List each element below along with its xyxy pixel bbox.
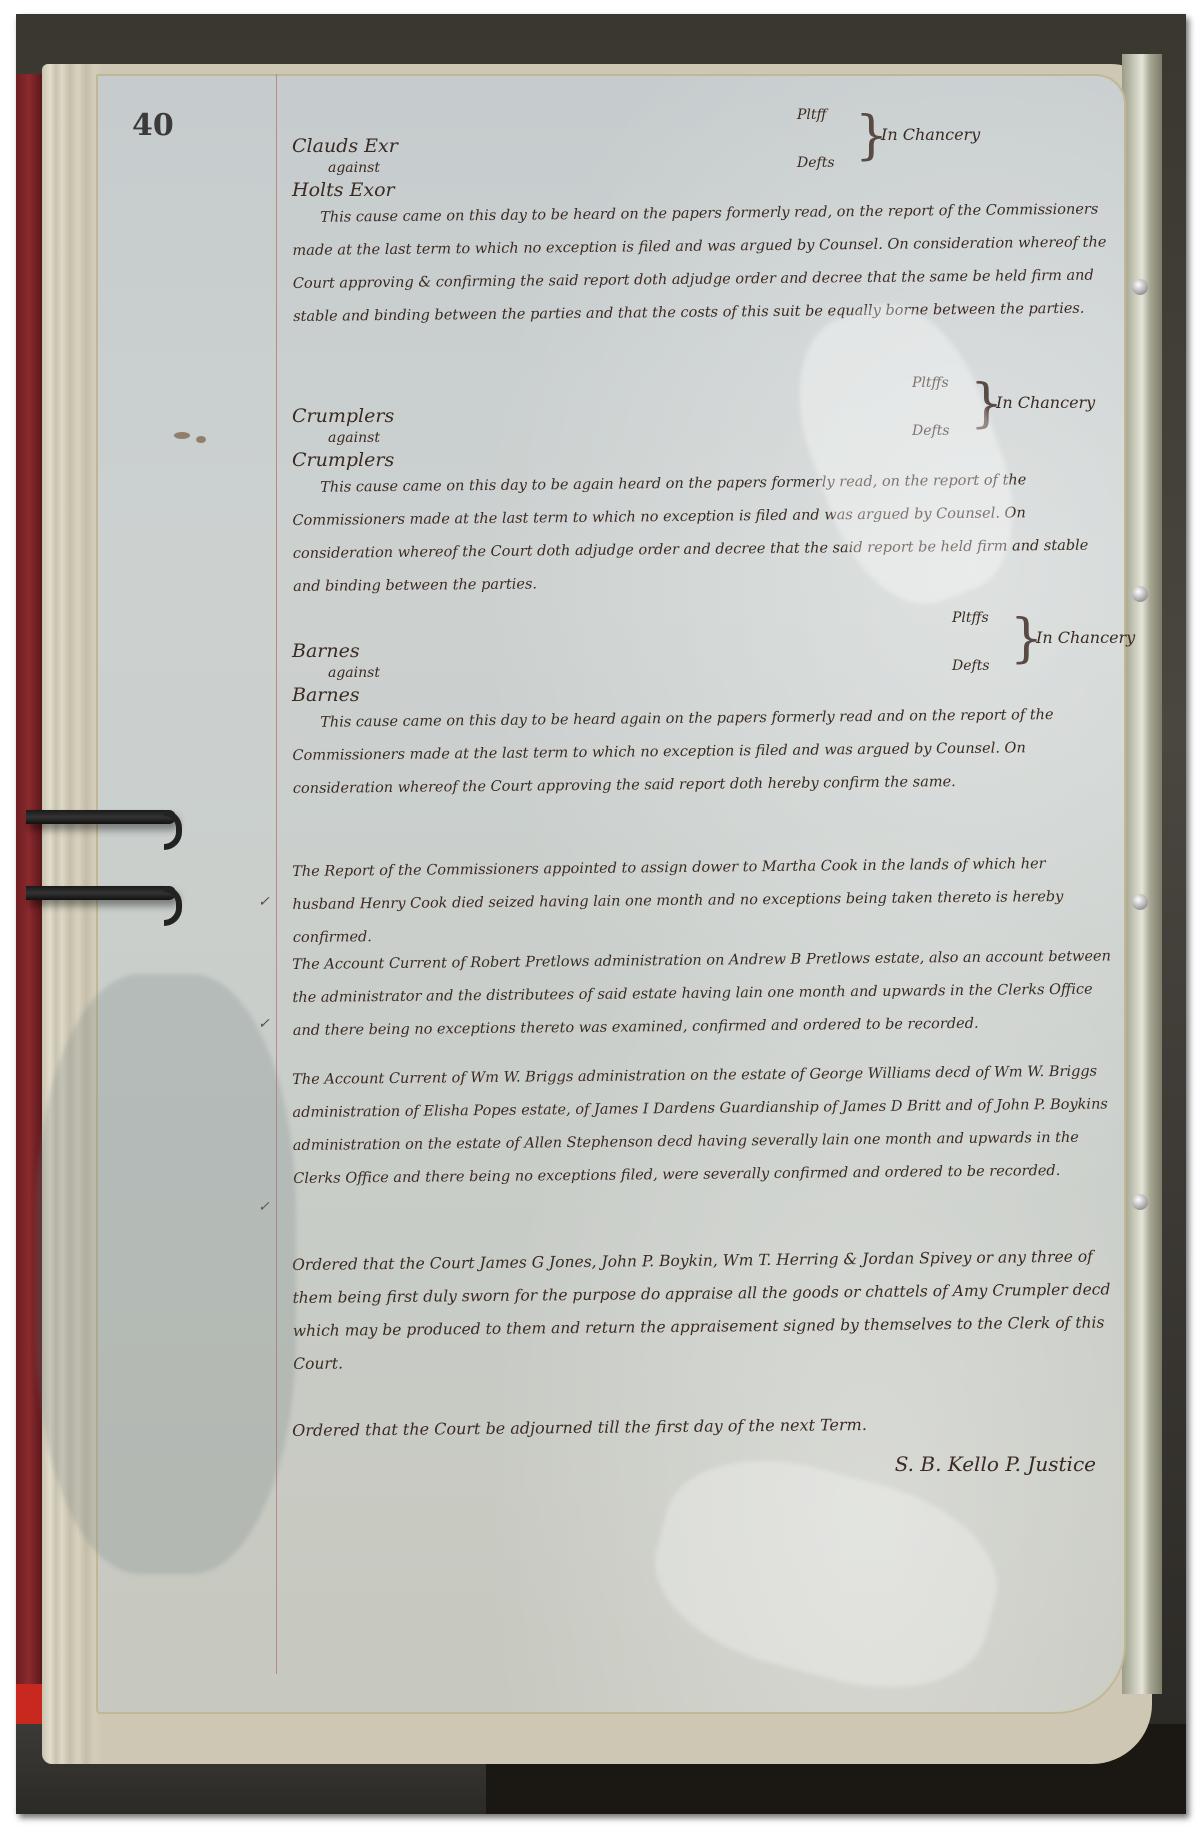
order-text: Ordered that the Court be adjourned till… (292, 1405, 1112, 1447)
sleeve-shadow (36, 974, 296, 1574)
ink-stain (174, 432, 190, 439)
check-mark-icon: ✓ (258, 1016, 270, 1032)
case-text: This cause came on this day to be heard … (292, 698, 1113, 806)
justice-signature: S. B. Kello P. Justice (895, 1452, 1096, 1476)
court-label: In Chancery (881, 126, 980, 144)
court-label: In Chancery (996, 394, 1095, 412)
case-entry-barnes-v-barnes: Barnes against Barnes This cause came on… (292, 639, 1112, 806)
case-text: This cause came on this day to be heard … (292, 193, 1113, 334)
ring-stud-icon (1132, 279, 1148, 295)
order-text: The Account Current of Robert Pretlows a… (292, 940, 1113, 1048)
ring-stud-icon (1132, 1194, 1148, 1210)
against-label: against (328, 158, 1112, 178)
order-text: Ordered that the Court James G Jones, Jo… (292, 1240, 1113, 1381)
ledger-page: 40 Clauds Exr against Holts Exor This ca… (96, 74, 1126, 1714)
ring-stud-icon (1132, 894, 1148, 910)
case-bracket: Pltffs } In Chancery Defts (952, 609, 990, 675)
plaintiff-name: Clauds Exr (292, 134, 1112, 158)
order-pretlow-account: The Account Current of Robert Pretlows a… (292, 949, 1112, 1048)
order-adjourn: Ordered that the Court be adjourned till… (292, 1414, 1112, 1447)
ledger-photo: 40 Clauds Exr against Holts Exor This ca… (16, 14, 1186, 1814)
plaintiff-label: Pltffs (952, 609, 990, 627)
order-briggs-account: The Account Current of Wm W. Briggs admi… (292, 1064, 1112, 1196)
court-label: In Chancery (1036, 629, 1135, 647)
case-bracket: Pltff } In Chancery Defts (797, 106, 835, 172)
against-label: against (328, 663, 1112, 683)
defendant-label: Defts (952, 657, 990, 675)
check-mark-icon: ✓ (258, 894, 270, 910)
ink-stain (196, 436, 206, 443)
binder-spine-right (1122, 54, 1162, 1694)
case-entry-clauds-v-holts: Clauds Exr against Holts Exor This cause… (292, 134, 1112, 334)
ring-stud-icon (1132, 586, 1148, 602)
order-appraisement: Ordered that the Court James G Jones, Jo… (292, 1249, 1112, 1381)
order-text: The Report of the Commissioners appointe… (292, 847, 1113, 955)
plaintiff-label: Pltff (797, 106, 835, 124)
defendant-label: Defts (797, 154, 835, 172)
binder-cover (16, 74, 42, 1754)
binder-ring-icon (26, 810, 176, 824)
page-number: 40 (132, 108, 174, 143)
binder-ring-icon (26, 886, 176, 900)
order-text: The Account Current of Wm W. Briggs admi… (292, 1055, 1113, 1196)
order-dower-report: The Report of the Commissioners appointe… (292, 856, 1112, 955)
